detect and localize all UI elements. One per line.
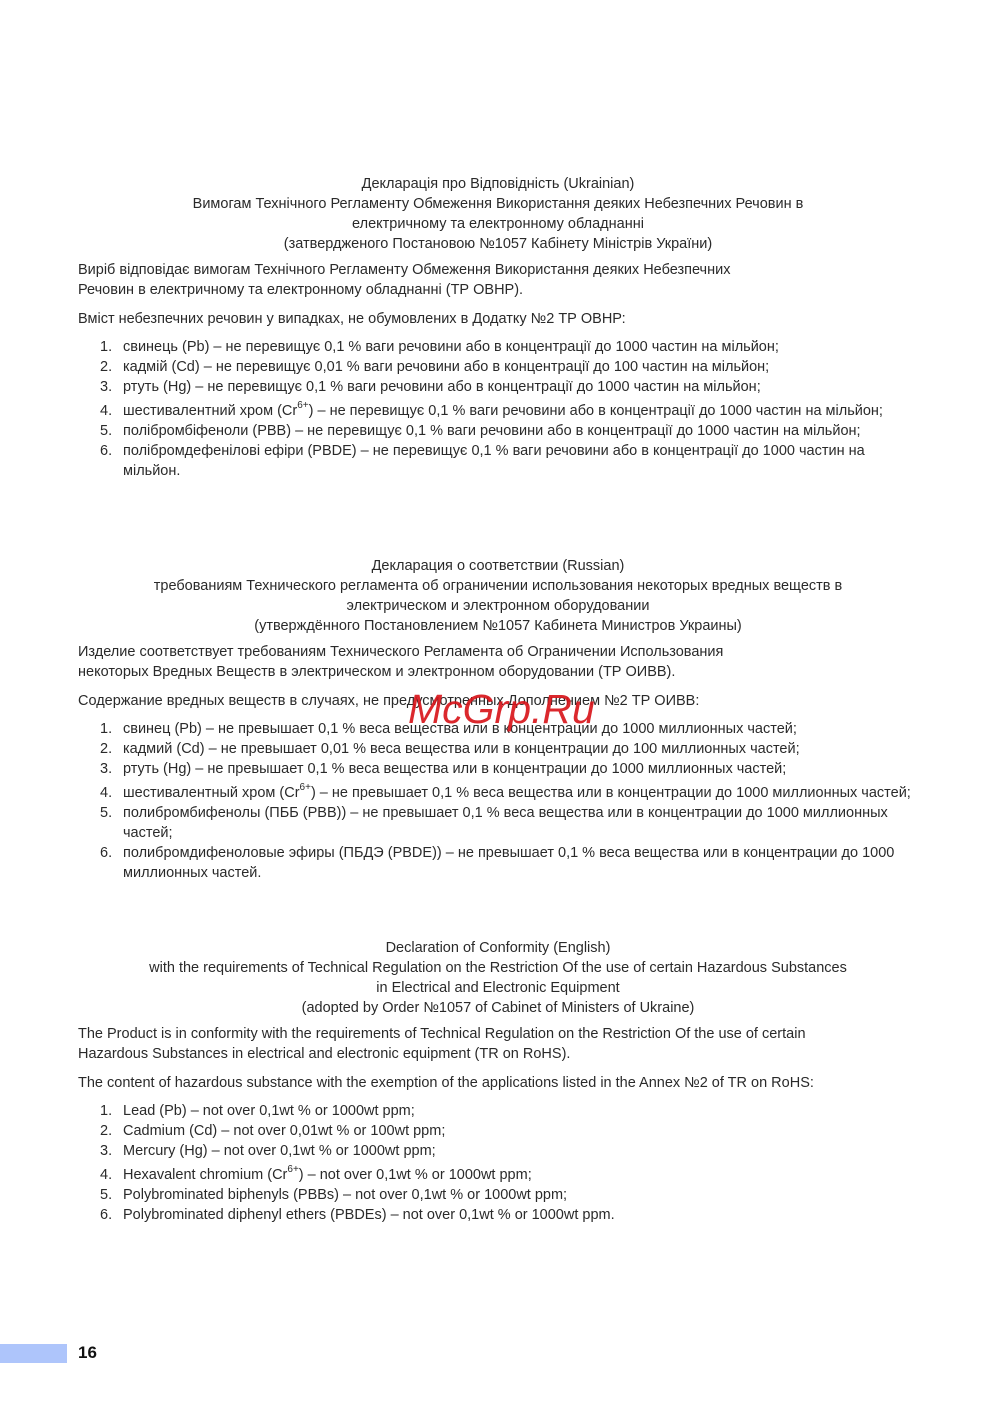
list-item: 6.Polybrominated diphenyl ethers (PBDEs)…: [78, 1205, 918, 1225]
ukrainian-heading: Декларація про Відповідність (Ukrainian)…: [78, 174, 918, 254]
list-number: 3.: [100, 1141, 112, 1161]
conformity-statement: Изделие соответствует требованиям Технич…: [78, 642, 918, 682]
english-heading: Declaration of Conformity (English) with…: [78, 938, 918, 1018]
heading-line: электрическом и электронном оборудовании: [78, 596, 918, 616]
heading-line: (утверждённого Постановлением №1057 Каби…: [78, 616, 918, 636]
heading-title: Declaration of Conformity (English): [78, 938, 918, 958]
list-number: 4.: [100, 1165, 112, 1185]
substance-list: 1.свинець (Pb) – не перевищує 0,1 % ваги…: [78, 337, 918, 481]
heading-line: (затвердженого Постановою №1057 Кабінету…: [78, 234, 918, 254]
list-number: 6.: [100, 1205, 112, 1225]
substance-list: 1.Lead (Pb) – not over 0,1wt % or 1000wt…: [78, 1101, 918, 1225]
superscript: 6+: [287, 1164, 298, 1175]
list-number: 3.: [100, 377, 112, 397]
list-number: 1.: [100, 719, 112, 739]
list-number: 3.: [100, 759, 112, 779]
list-item: 6.полибромдифеноловые эфиры (ПБДЭ (PBDE)…: [78, 843, 918, 883]
list-number: 5.: [100, 1185, 112, 1205]
list-item: 1.Lead (Pb) – not over 0,1wt % or 1000wt…: [78, 1101, 918, 1121]
page-number: 16: [78, 1343, 97, 1363]
list-item: 5.полибромбифенолы (ПББ (PBB)) – не прев…: [78, 803, 918, 843]
list-number: 4.: [100, 783, 112, 803]
list-item: 4.шестивалентний хром (Cr6+) – не переви…: [78, 401, 918, 421]
page-number-bar: [0, 1344, 67, 1363]
heading-line: Вимогам Технічного Регламенту Обмеження …: [78, 194, 918, 214]
substance-list: 1.свинец (Pb) – не превышает 0,1 % веса …: [78, 719, 918, 883]
list-item: 1.свинець (Pb) – не перевищує 0,1 % ваги…: [78, 337, 918, 357]
list-item: 4.Hexavalent chromium (Cr6+) – not over …: [78, 1165, 918, 1185]
list-number: 6.: [100, 441, 112, 461]
content-statement: Вміст небезпечних речовин у випадках, не…: [78, 309, 918, 329]
list-number: 2.: [100, 739, 112, 759]
list-number: 1.: [100, 337, 112, 357]
list-number: 2.: [100, 357, 112, 377]
content-statement: The content of hazardous substance with …: [78, 1073, 918, 1093]
heading-line: with the requirements of Technical Regul…: [78, 958, 918, 978]
list-item: 6.полібромдефенілові ефіри (PBDE) – не п…: [78, 441, 918, 481]
list-item: 3.ртуть (Hg) – не превышает 0,1 % веса в…: [78, 759, 918, 779]
list-item: 3.ртуть (Hg) – не перевищує 0,1 % ваги р…: [78, 377, 918, 397]
list-number: 1.: [100, 1101, 112, 1121]
list-item: 2.кадмий (Cd) – не превышает 0,01 % веса…: [78, 739, 918, 759]
list-number: 5.: [100, 803, 112, 823]
list-item: 4.шестивалентный хром (Cr6+) – не превыш…: [78, 783, 918, 803]
list-item: 2.Cadmium (Cd) – not over 0,01wt % or 10…: [78, 1121, 918, 1141]
list-number: 5.: [100, 421, 112, 441]
ukrainian-declaration: Декларація про Відповідність (Ukrainian)…: [78, 174, 918, 481]
list-number: 2.: [100, 1121, 112, 1141]
heading-line: електричному та електронному обладнанні: [78, 214, 918, 234]
list-number: 6.: [100, 843, 112, 863]
watermark: McGrp.Ru: [408, 686, 595, 732]
russian-heading: Декларация о соответствии (Russian) треб…: [78, 556, 918, 636]
list-item: 3.Mercury (Hg) – not over 0,1wt % or 100…: [78, 1141, 918, 1161]
heading-title: Декларація про Відповідність (Ukrainian): [78, 174, 918, 194]
heading-line: (adopted by Order №1057 of Cabinet of Mi…: [78, 998, 918, 1018]
superscript: 6+: [297, 400, 308, 411]
heading-title: Декларация о соответствии (Russian): [78, 556, 918, 576]
list-number: 4.: [100, 401, 112, 421]
list-item: 5.Polybrominated biphenyls (PBBs) – not …: [78, 1185, 918, 1205]
heading-line: требованиям Технического регламента об о…: [78, 576, 918, 596]
list-item: 5.полібромбіфеноли (PBB) – не перевищує …: [78, 421, 918, 441]
conformity-statement: Виріб відповідає вимогам Технічного Регл…: [78, 260, 918, 300]
list-item: 2.кадмій (Cd) – не перевищує 0,01 % ваги…: [78, 357, 918, 377]
english-declaration: Declaration of Conformity (English) with…: [78, 938, 918, 1225]
superscript: 6+: [300, 782, 311, 793]
heading-line: in Electrical and Electronic Equipment: [78, 978, 918, 998]
conformity-statement: The Product is in conformity with the re…: [78, 1024, 918, 1064]
